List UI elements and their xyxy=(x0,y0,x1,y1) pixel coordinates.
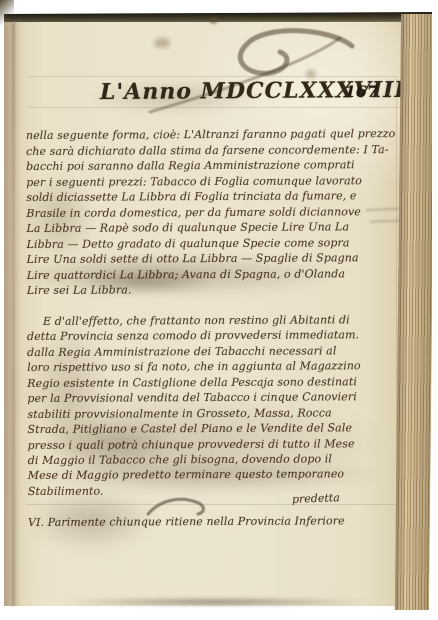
paragraph-vi: VI. Parimente chiunque ritiene nella Pro… xyxy=(28,513,404,530)
page-number: 167 xyxy=(345,82,378,101)
book-fore-edge-pages xyxy=(395,14,435,610)
manuscript-body: nella seguente forma, cioè: L'Altranzi f… xyxy=(26,111,404,546)
photo-margin xyxy=(432,0,438,620)
ink-stain xyxy=(154,38,170,48)
photo-margin xyxy=(0,610,438,620)
manuscript-page: L'Anno MDCCLXXXVIII 167 nella seguente f… xyxy=(4,22,404,606)
page-bottom-shadow xyxy=(8,597,424,607)
binding-corner xyxy=(0,0,14,26)
catchword: predetta xyxy=(292,491,340,506)
paragraph: nella seguente forma, cioè: L'Altranzi f… xyxy=(26,126,403,298)
gutter-crease-line xyxy=(12,22,15,606)
page-header: L'Anno MDCCLXXXVIII 167 xyxy=(28,78,400,110)
manuscript-photo: L'Anno MDCCLXXXVIII 167 nella seguente f… xyxy=(0,0,438,620)
paragraph: E d'all'effetto, che frattanto non resti… xyxy=(27,312,404,499)
